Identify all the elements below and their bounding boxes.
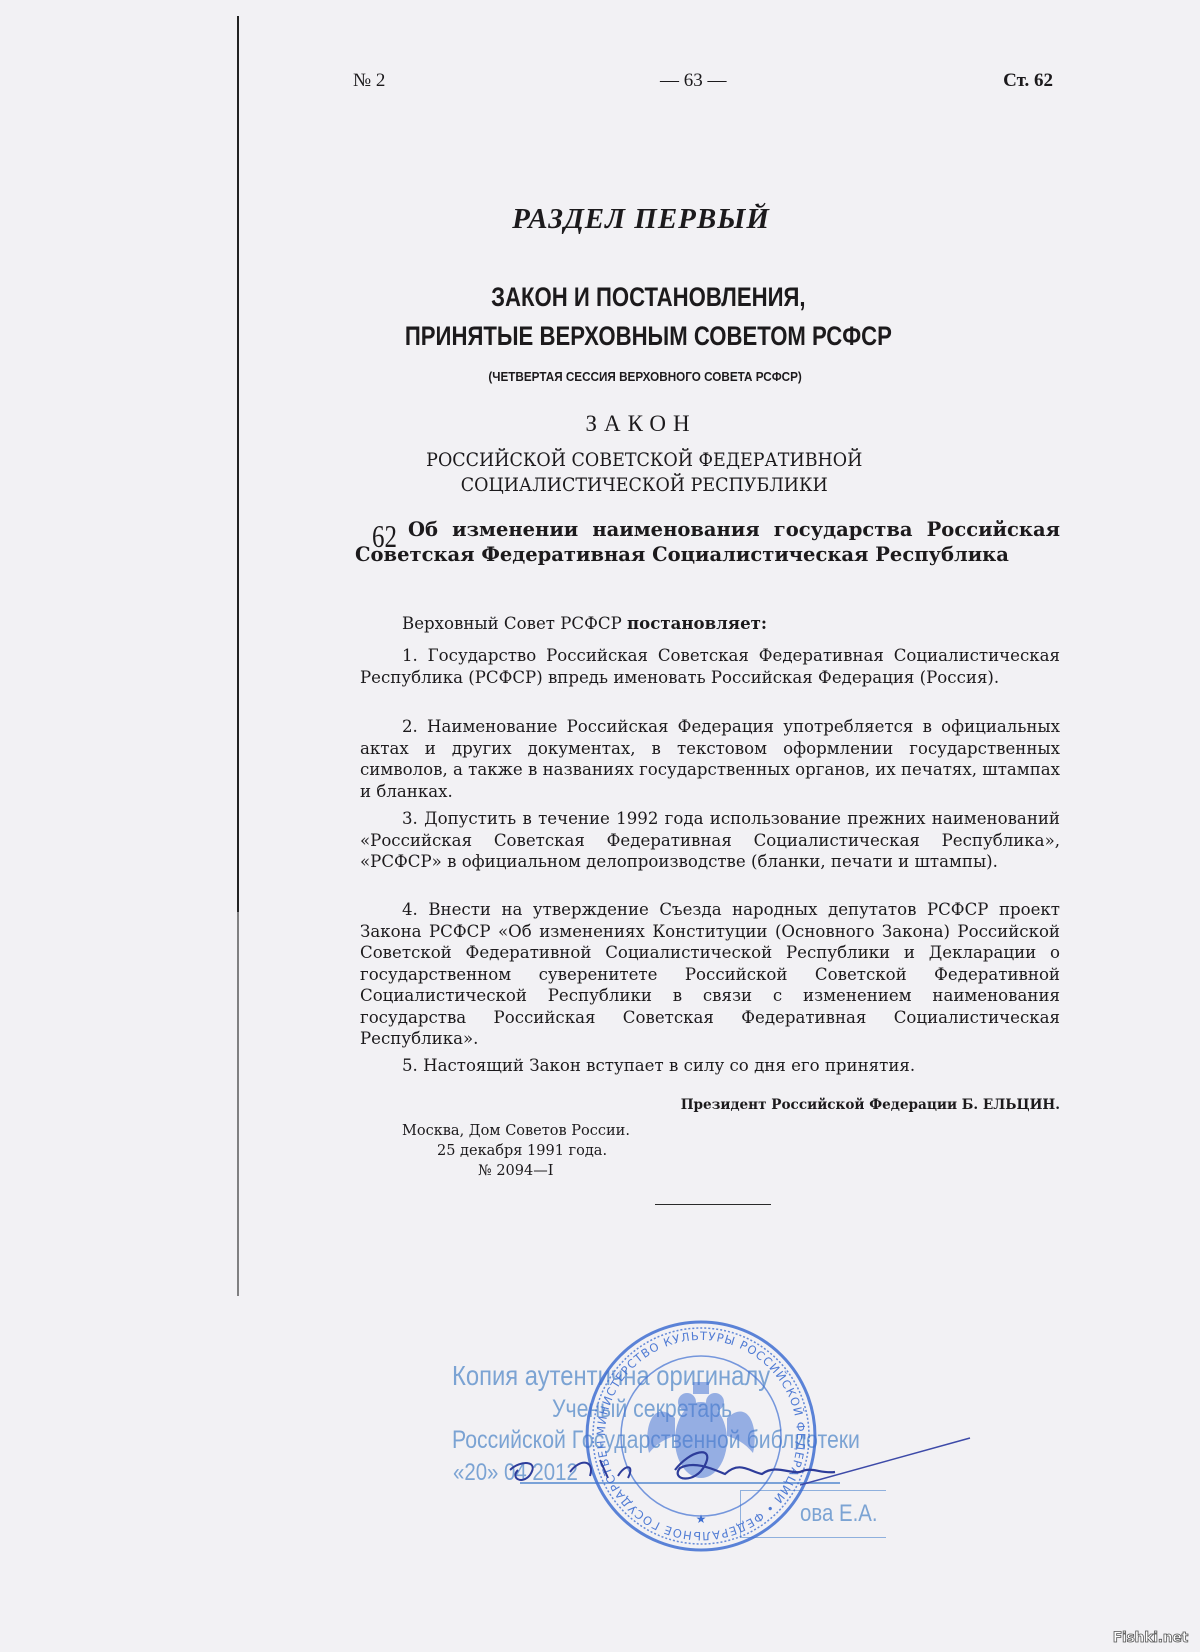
document-number: № 2094—I bbox=[478, 1163, 553, 1179]
article-reference: Ст. 62 bbox=[1003, 70, 1053, 92]
law-item-text: 5. Настоящий Закон вступает в силу со дн… bbox=[360, 1055, 1060, 1077]
law-issuer-line-2: СОЦИАЛИСТИЧЕСКОЙ РЕСПУБЛИКИ bbox=[55, 474, 1159, 496]
svg-text:★: ★ bbox=[696, 1512, 707, 1526]
issue-number: № 2 bbox=[353, 70, 385, 92]
preamble: Верховный Совет РСФСР постановляет: bbox=[360, 613, 1060, 635]
signing-date: 25 декабря 1991 года. bbox=[437, 1143, 607, 1159]
watermark-logo: Fishki.net bbox=[1113, 1630, 1188, 1646]
law-item-text: 2. Наименование Российская Федерация упо… bbox=[360, 716, 1060, 802]
law-item-2: 2. Наименование Российская Федерация упо… bbox=[360, 716, 1060, 802]
scanned-document-page: № 2 — 63 — Ст. 62 РАЗДЕЛ ПЕРВЫЙ ЗАКОН И … bbox=[0, 0, 1200, 1652]
preamble-text: Верховный Совет РСФСР bbox=[402, 614, 627, 633]
law-label: ЗАКОН bbox=[0, 411, 1200, 437]
law-title: Об изменении наименования государства Ро… bbox=[355, 517, 1060, 567]
law-item-4: 4. Внести на утверждение Съезда народных… bbox=[360, 899, 1060, 1050]
signing-place: Москва, Дом Советов России. bbox=[402, 1123, 630, 1139]
law-item-3: 3. Допустить в течение 1992 года использ… bbox=[360, 808, 1060, 873]
president-signature-line: Президент Российской Федерации Б. ЕЛЬЦИН… bbox=[681, 1097, 1060, 1113]
law-item-text: 1. Государство Российская Советская Феде… bbox=[360, 645, 1060, 688]
law-number: 62 bbox=[372, 518, 397, 555]
law-issuer-line-1: РОССИЙСКОЙ СОВЕТСКОЙ ФЕДЕРАТИВНОЙ bbox=[55, 449, 1159, 471]
law-item-text: 4. Внести на утверждение Съезда народных… bbox=[360, 899, 1060, 1050]
heading-line-1: ЗАКОН И ПОСТАНОВЛЕНИЯ, bbox=[123, 282, 1107, 313]
section-title: РАЗДЕЛ ПЕРВЫЙ bbox=[0, 203, 1200, 236]
page-number: — 63 — bbox=[660, 70, 727, 92]
law-item-text: 3. Допустить в течение 1992 года использ… bbox=[360, 808, 1060, 873]
law-item-5: 5. Настоящий Закон вступает в силу со дн… bbox=[360, 1055, 1060, 1077]
handwritten-signature-icon bbox=[500, 1430, 980, 1500]
closing-rule-divider bbox=[655, 1204, 771, 1205]
preamble-resolves: постановляет: bbox=[627, 613, 767, 633]
heading-line-2: ПРИНЯТЫЕ ВЕРХОВНЫМ СОВЕТОМ РСФСР bbox=[123, 321, 1107, 352]
law-item-1: 1. Государство Российская Советская Феде… bbox=[360, 645, 1060, 688]
session-subtitle: (ЧЕТВЕРТАЯ СЕССИЯ ВЕРХОВНОГО СОВЕТА РСФС… bbox=[68, 369, 1148, 384]
